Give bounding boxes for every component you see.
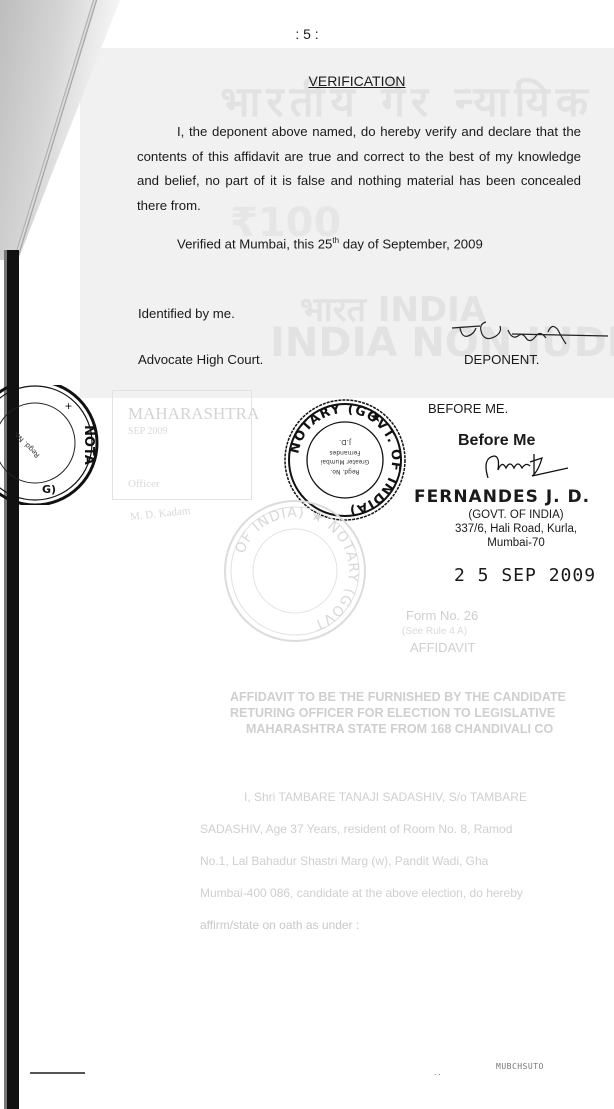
notary-signature (480, 448, 570, 488)
date-stamp: 2 5 SEP 2009 (454, 565, 596, 586)
verified-line: Verified at Mumbai, this 25th day of Sep… (177, 236, 483, 251)
notary-govt: (GOVT. OF INDIA) (416, 509, 614, 521)
svg-text:Fernandes: Fernandes (329, 449, 360, 456)
footer-dots: . . (434, 1068, 441, 1077)
footer-mark: MUBCHSUTO (496, 1062, 544, 1071)
bleed-body-1: I, Shri TAMBARE TANAJI SADASHIV, S/o TAM… (244, 790, 527, 804)
before-me-typed: BEFORE ME. (428, 401, 508, 416)
svg-text:Regd. No.: Regd. No. (12, 430, 42, 460)
bleed-affidavit: AFFIDAVIT (410, 640, 475, 655)
notary-name: FERNANDES J. D. (414, 487, 590, 507)
advocate-label: Advocate High Court. (138, 352, 263, 367)
bleed-body-3: No.1, Lal Bahadur Shastri Marg (w), Pand… (200, 854, 488, 868)
bleed-heading-3: MAHARASHTRA STATE FROM 168 CHANDIVALI CO (246, 722, 553, 736)
bleed-body-2: SADASHIV, Age 37 Years, resident of Room… (200, 822, 512, 836)
svg-text:ता.शि.तांबारे: ता.शि.तांबारे (450, 318, 455, 319)
svg-text:G): G) (42, 483, 56, 496)
svg-text:Greater Mumbai: Greater Mumbai (320, 458, 369, 465)
svg-text:J.D.: J.D. (339, 438, 352, 446)
bleed-body-5: affirm/state on oath as under : (200, 918, 359, 932)
bleed-form-number: Form No. 26 (406, 608, 478, 623)
svg-text:+: + (65, 399, 72, 413)
bleed-body-4: Mumbai-400 086, candidate at the above e… (200, 886, 523, 900)
svg-text:★: ★ (369, 409, 382, 426)
document-title: VERIFICATION (100, 73, 614, 89)
scan-gutter (4, 250, 19, 1109)
deponent-label: DEPONENT. (464, 352, 539, 367)
svg-text:OF INDIA) ★ NOTARY (GOVT: OF INDIA) ★ NOTARY (GOVT (232, 505, 361, 633)
bleed-heading-2: RETURING OFFICER FOR ELECTION TO LEGISLA… (230, 706, 555, 720)
office-stamp-state: MAHARASHTRA (128, 404, 259, 424)
notary-seal-ghost-icon: OF INDIA) ★ NOTARY (GOVT (220, 496, 370, 646)
office-stamp-date: SEP 2009 (128, 426, 167, 437)
page-number: : 5 : (0, 26, 614, 42)
notary-city: Mumbai-70 (416, 537, 614, 549)
footer-rule (30, 1072, 85, 1074)
notary-address: 337/6, Hali Road, Kurla, (416, 523, 614, 535)
bleed-rule: (See Rule 4 A) (402, 626, 467, 637)
office-stamp-name: M. D. Kadam (130, 505, 191, 523)
svg-text:Regd. No.: Regd. No. (330, 468, 359, 475)
verification-paragraph: I, the deponent above named, do hereby v… (137, 120, 581, 218)
identified-by-label: Identified by me. (138, 306, 235, 321)
notary-seal-partial-icon: NOTA Regd. No. + G) (0, 385, 125, 505)
bleed-heading-1: AFFIDAVIT TO BE THE FURNISHED BY THE CAN… (230, 690, 566, 704)
office-stamp-officer: Officer (128, 478, 160, 490)
svg-text:NOTA: NOTA (81, 425, 96, 465)
